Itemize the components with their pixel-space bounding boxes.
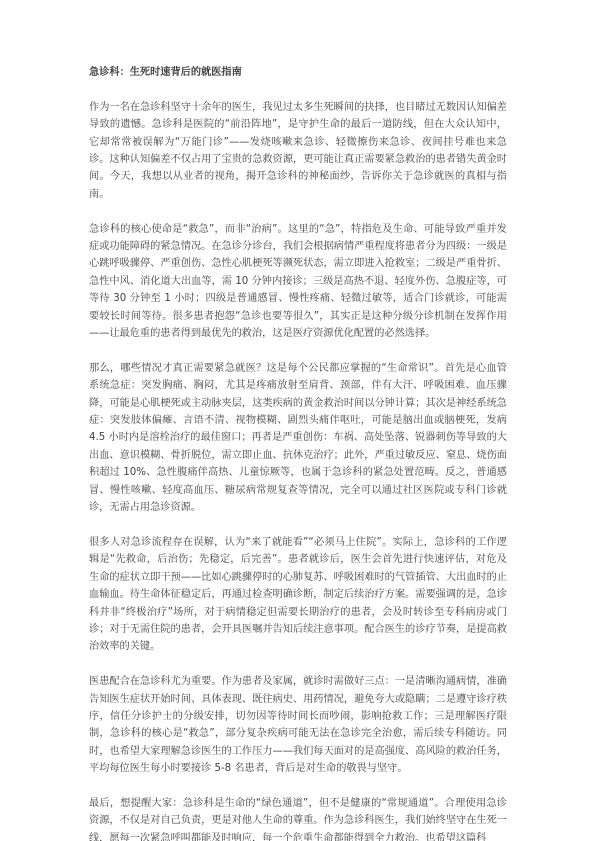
paragraph-patient-cooperation: 医患配合在急诊科尤为重要。作为患者及家属，就诊时需做好三点：一是清晰沟通病情，准…	[89, 673, 507, 777]
document-page: 急诊科：生死时速背后的就医指南 作为一名在急诊科坚守十余年的医生，我见过太多生死…	[0, 0, 595, 841]
paragraph-triage-levels: 急诊科的核心使命是“救急”，而非“治病”。这里的“急”，特指危及生命、可能导致严…	[89, 221, 507, 343]
paragraph-intro: 作为一名在急诊科坚守十余年的医生，我见过太多生死瞬间的抉择，也目睹过无数因认知偏…	[89, 99, 507, 203]
document-title: 急诊科：生死时速背后的就医指南	[89, 64, 507, 81]
paragraph-emergency-situations: 那么，哪些情况才真正需要紧急就医？这是每个公民都应掌握的“生命常识”。首先是心血…	[89, 360, 507, 517]
paragraph-closing: 最后，想提醒大家：急诊科是生命的“绿色通道”，但不是健康的“常规通道”。合理使用…	[89, 795, 507, 841]
paragraph-process-misconceptions: 很多人对急诊流程存在误解，认为“来了就能看”“必须马上住院”。实际上，急诊科的工…	[89, 534, 507, 656]
